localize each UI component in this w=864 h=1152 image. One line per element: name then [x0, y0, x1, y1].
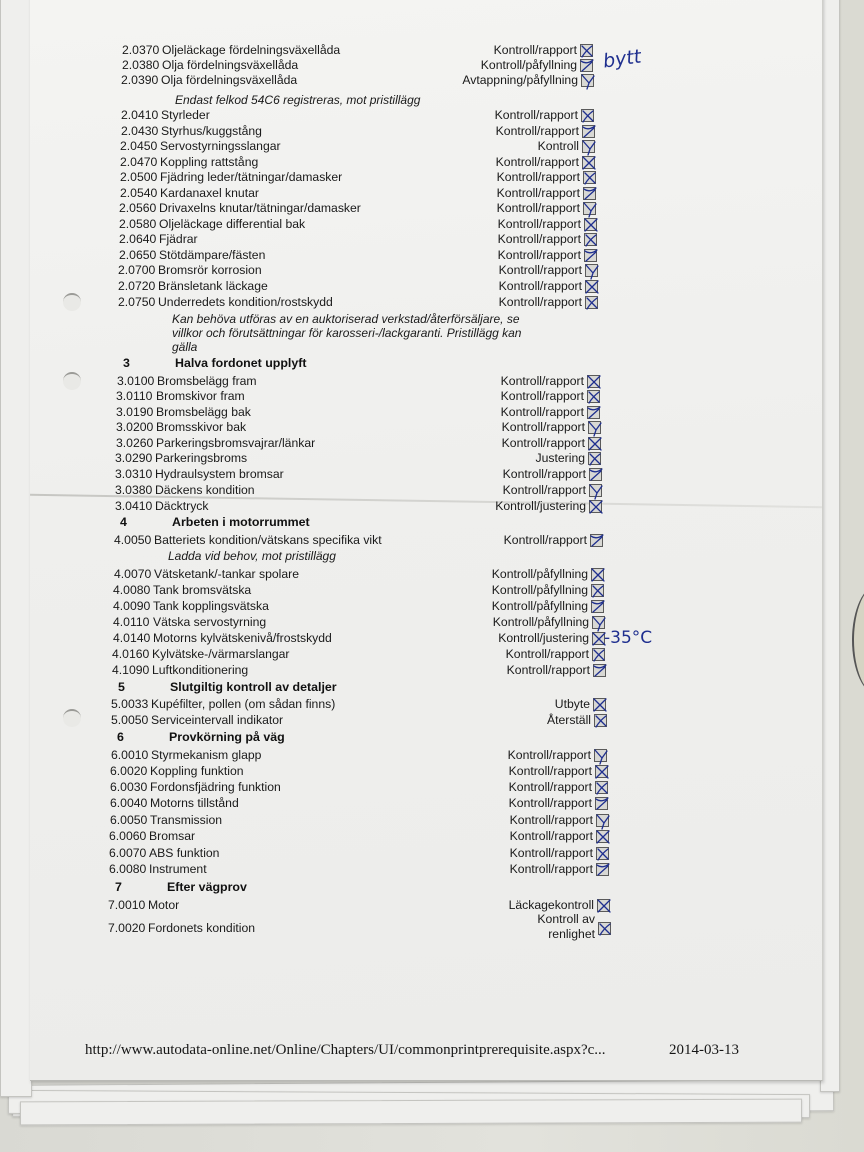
item-code: 4.0160 [112, 647, 149, 661]
item-label: Motorns tillstånd [150, 796, 239, 810]
item-label: Bromsar [149, 829, 195, 843]
item-code: 6.0010 [111, 748, 148, 762]
checklist-row: 3.0100Bromsbelägg framKontroll/rapport [0, 374, 864, 390]
item-action: Kontroll/rapport [496, 155, 579, 169]
checklist-row: 3.0410DäcktryckKontroll/justering [0, 499, 864, 515]
item-code: 2.0540 [120, 186, 157, 200]
checklist-row: 3.0190Bromsbelägg bakKontroll/rapport [0, 405, 864, 421]
checklist-row: 3.0110Bromskivor framKontroll/rapport [0, 389, 864, 405]
item-code: 4.0140 [113, 631, 150, 645]
handwritten-check-mark-icon [591, 647, 608, 664]
checklist-row: 2.0450ServostyrningsslangarKontroll [0, 139, 864, 155]
item-code: 6.0030 [110, 780, 147, 794]
checkbox[interactable] [593, 698, 606, 711]
handwritten-check-mark-icon [584, 263, 601, 280]
checklist-row: 6.0050TransmissionKontroll/rapport [0, 813, 864, 829]
item-code: 7.0010 [108, 898, 145, 912]
item-label: Parkeringsbromsvajrar/länkar [156, 436, 315, 450]
item-action: Läckagekontroll [509, 898, 594, 912]
handwritten-check-mark-icon [593, 748, 610, 765]
checkbox[interactable] [591, 584, 604, 597]
handwritten-check-mark-icon [594, 796, 611, 813]
item-label: Fordonsfjädring funktion [150, 780, 281, 794]
item-action: Kontroll/rapport [509, 780, 592, 794]
checklist-row: 4.0140Motorns kylvätskenivå/frostskyddKo… [0, 631, 864, 647]
item-code: 2.0500 [120, 170, 157, 184]
item-action: Avtappning/påfyllning [462, 73, 578, 87]
item-label: Styrhus/kuggstång [161, 124, 262, 138]
item-label: Oljeläckage differential bak [159, 217, 305, 231]
checklist-note: Kan behöva utföras av en auktoriserad ve… [172, 312, 542, 354]
item-code: 2.0410 [121, 108, 158, 122]
item-code: 5.0033 [111, 697, 148, 711]
item-action-line: Kontroll av [537, 912, 595, 927]
checklist-row: 6.0030Fordonsfjädring funktionKontroll/r… [0, 780, 864, 796]
checklist-row: 5.0033Kupéfilter, pollen (om sådan finns… [0, 697, 864, 713]
item-label: Luftkonditionering [152, 663, 248, 677]
checkbox[interactable] [580, 59, 593, 72]
item-action: Kontroll/påfyllning [481, 58, 577, 72]
item-label: Bromsbelägg bak [156, 405, 251, 419]
checklist-row: 2.0500Fjädring leder/tätningar/damaskerK… [0, 170, 864, 186]
checklist-row: 5.0050Serviceintervall indikatorÅterstäl… [0, 713, 864, 729]
item-label: ABS funktion [149, 846, 219, 860]
checkbox[interactable] [584, 233, 597, 246]
checkbox[interactable] [591, 600, 604, 613]
checkbox[interactable] [587, 406, 600, 419]
checklist-row: 4.0110Vätska servostyrningKontroll/påfyl… [0, 615, 864, 631]
item-code: 6.0070 [109, 846, 146, 860]
checklist-row: 4.0160Kylvätske-/värmarslangarKontroll/r… [0, 647, 864, 663]
item-code: 3.0100 [117, 374, 154, 388]
item-label: Tank bromsvätska [153, 583, 251, 597]
checklist-row: 3.0380Däckens konditionKontroll/rapport [0, 483, 864, 499]
checkbox[interactable] [583, 202, 596, 215]
checklist-row: 3.0260Parkeringsbromsvajrar/länkarKontro… [0, 436, 864, 452]
item-action: Kontroll/rapport [510, 846, 593, 860]
checklist-row: 6.0070ABS funktionKontroll/rapport [0, 846, 864, 862]
section-number: 3 [123, 356, 130, 370]
handwritten-check-mark-icon [595, 829, 612, 846]
checkbox[interactable] [597, 899, 610, 912]
item-label: Bromskivor fram [156, 389, 245, 403]
checkbox[interactable] [585, 296, 598, 309]
checklist-note: Ladda vid behov, mot pristillägg [168, 549, 538, 563]
checklist-row: 2.0380Olja fördelningsväxellådaKontroll/… [0, 58, 864, 74]
checkbox[interactable] [591, 568, 604, 581]
item-action: Återställ [547, 713, 591, 727]
checkbox[interactable] [596, 847, 609, 860]
item-action: Kontroll/rapport [509, 764, 592, 778]
handwritten-check-mark-icon [588, 483, 605, 500]
item-label: Stötdämpare/fästen [159, 248, 265, 262]
checkbox[interactable] [581, 109, 594, 122]
item-action: Kontroll/rapport [498, 232, 581, 246]
item-label: Kardanaxel knutar [160, 186, 259, 200]
item-action: Kontroll/rapport [502, 436, 585, 450]
item-code: 2.0650 [119, 248, 156, 262]
checklist-row: 2.0430Styrhus/kuggstångKontroll/rapport [0, 124, 864, 140]
item-label: Fjädring leder/tätningar/damasker [160, 170, 342, 184]
checklist-row: 3.0310Hydraulsystem bromsarKontroll/rapp… [0, 467, 864, 483]
item-action: Kontroll/rapport [503, 467, 586, 481]
item-action: Kontroll/rapport [496, 124, 579, 138]
checklist-row: 6.0020Koppling funktionKontroll/rapport [0, 764, 864, 780]
section-number: 7 [115, 880, 122, 894]
item-label: Serviceintervall indikator [151, 713, 283, 727]
handwritten-check-mark-icon [594, 764, 611, 781]
checklist-row: 2.0700Bromsrör korrosionKontroll/rapport [0, 263, 864, 279]
item-label: Fjädrar [159, 232, 198, 246]
item-action: Kontroll/rapport [499, 279, 582, 293]
section-title: Halva fordonet upplyft [175, 356, 306, 370]
checkbox[interactable] [582, 125, 595, 138]
item-code: 2.0390 [121, 73, 158, 87]
checkbox[interactable] [595, 797, 608, 810]
checklist-row: 2.0470Koppling rattstångKontroll/rapport [0, 155, 864, 171]
checkbox[interactable] [583, 171, 596, 184]
item-code: 4.0110 [113, 615, 149, 629]
item-code: 2.0580 [119, 217, 156, 231]
item-label: Motor [148, 898, 179, 912]
item-label: Däcktryck [155, 499, 209, 513]
checkbox[interactable] [592, 648, 605, 661]
item-label: Bromsskivor bak [156, 420, 246, 434]
item-label: Oljeläckage fördelningsväxellåda [162, 43, 340, 57]
item-action: Kontroll/rapport [495, 108, 578, 122]
item-action-line: renlighet [537, 927, 595, 942]
item-action: Kontroll [538, 139, 579, 153]
item-code: 6.0050 [110, 813, 147, 827]
item-code: 6.0060 [109, 829, 146, 843]
handwritten-check-mark-icon [584, 279, 601, 296]
checkbox[interactable] [594, 714, 607, 727]
checklist-row: 6.0060BromsarKontroll/rapport [0, 829, 864, 845]
checklist-row: 2.0580Oljeläckage differential bakKontro… [0, 217, 864, 233]
item-code: 2.0560 [119, 201, 156, 215]
item-code: 3.0290 [115, 451, 152, 465]
section-number: 4 [120, 515, 127, 529]
item-code: 5.0050 [111, 713, 148, 727]
item-action: Kontroll/rapport [498, 248, 581, 262]
checkbox[interactable] [593, 664, 606, 677]
item-action: Kontroll/rapport [494, 43, 577, 57]
checklist-row: 7.0010MotorLäckagekontroll [0, 898, 864, 914]
item-action: Kontroll/rapport [502, 420, 585, 434]
handwritten-check-mark-icon [593, 713, 610, 730]
item-label: Olja fördelningsväxellåda [162, 58, 298, 72]
item-label: Vätsketank/-tankar spolare [154, 567, 299, 581]
checkbox[interactable] [583, 187, 596, 200]
item-action: Kontroll/påfyllning [493, 615, 589, 629]
checkbox[interactable] [598, 922, 611, 935]
checkbox[interactable] [596, 830, 609, 843]
checkbox[interactable] [584, 249, 597, 262]
item-label: Hydraulsystem bromsar [155, 467, 284, 481]
checkbox[interactable] [590, 534, 603, 547]
item-action: Kontroll avrenlighet [537, 912, 595, 942]
section-title: Provkörning på väg [169, 730, 285, 744]
handwritten-check-mark-icon [595, 862, 612, 879]
handwritten-check-mark-icon [584, 295, 601, 312]
checkbox[interactable] [585, 280, 598, 293]
item-action: Kontroll/rapport [497, 170, 580, 184]
item-label: Koppling funktion [150, 764, 244, 778]
item-code: 4.0080 [113, 583, 150, 597]
checkbox[interactable] [595, 781, 608, 794]
section-title: Efter vägprov [167, 880, 247, 894]
item-action: Kontroll/rapport [501, 374, 584, 388]
item-action: Kontroll/påfyllning [492, 567, 588, 581]
item-code: 3.0410 [115, 499, 152, 513]
handwritten-check-mark-icon [590, 599, 607, 616]
checklist-note: Endast felkod 54C6 registreras, mot pris… [175, 93, 545, 107]
handwritten-check-mark-icon [596, 898, 613, 915]
item-label: Motorns kylvätskenivå/frostskydd [153, 631, 332, 645]
item-label: Parkeringsbroms [155, 451, 247, 465]
item-label: Bromsrör korrosion [158, 263, 262, 277]
checkbox[interactable] [594, 749, 607, 762]
item-code: 2.0750 [118, 295, 155, 309]
item-label: Vätska servostyrning [153, 615, 266, 629]
item-action: Kontroll/rapport [510, 862, 593, 876]
item-code: 6.0040 [110, 796, 147, 810]
footer-date: 2014-03-13 [669, 1042, 739, 1059]
checklist-row: 4.0080Tank bromsvätskaKontroll/påfyllnin… [0, 583, 864, 599]
item-code: 4.0090 [113, 599, 150, 613]
handwritten-check-mark-icon [595, 813, 612, 830]
checklist-row: 2.0410StyrlederKontroll/rapport [0, 108, 864, 124]
item-label: Servostyrningsslangar [160, 139, 281, 153]
handwritten-check-mark-icon [595, 846, 612, 863]
item-code: 6.0020 [110, 764, 147, 778]
checklist-row: 4.0050Batteriets kondition/vätskans spec… [0, 533, 864, 549]
item-code: 2.0370 [122, 43, 159, 57]
checkbox[interactable] [589, 484, 602, 497]
checkbox[interactable] [589, 468, 602, 481]
item-code: 3.0200 [116, 420, 153, 434]
item-label: Underredets kondition/rostskydd [158, 295, 333, 309]
item-action: Kontroll/rapport [507, 663, 590, 677]
checkbox[interactable] [584, 218, 597, 231]
checklist-row: 6.0080InstrumentKontroll/rapport [0, 862, 864, 878]
item-action: Kontroll/rapport [501, 405, 584, 419]
checkbox[interactable] [587, 375, 600, 388]
checkbox[interactable] [587, 390, 600, 403]
item-label: Batteriets kondition/vätskans specifika … [154, 533, 382, 547]
item-label: Drivaxelns knutar/tätningar/damasker [159, 201, 361, 215]
item-action: Kontroll/rapport [510, 813, 593, 827]
checklist-row: 2.0390Olja fördelningsväxellådaAvtappnin… [0, 73, 864, 89]
item-label: Olja fördelningsväxellåda [161, 73, 297, 87]
item-code: 2.0720 [118, 279, 155, 293]
item-action: Kontroll/justering [495, 499, 586, 513]
section-title: Arbeten i motorrummet [172, 515, 310, 529]
handwritten-check-mark-icon [587, 420, 604, 437]
item-action: Kontroll/rapport [510, 829, 593, 843]
item-label: Kupéfilter, pollen (om sådan finns) [151, 697, 335, 711]
checklist-row: 3.0200Bromsskivor bakKontroll/rapport [0, 420, 864, 436]
checklist-content: 2.0370Oljeläckage fördelningsväxellådaKo… [0, 0, 864, 1152]
handwritten-check-mark-icon [588, 467, 605, 484]
item-code: 2.0640 [119, 232, 156, 246]
item-action: Kontroll/rapport [503, 483, 586, 497]
checklist-row: 2.0640FjädrarKontroll/rapport [0, 232, 864, 248]
item-code: 3.0260 [116, 436, 153, 450]
checklist-row: 2.0650Stötdämpare/fästenKontroll/rapport [0, 248, 864, 264]
handwritten-check-mark-icon [582, 201, 599, 218]
item-code: 4.0070 [114, 567, 151, 581]
item-action: Kontroll/rapport [499, 295, 582, 309]
item-code: 2.0450 [120, 139, 157, 153]
item-label: Instrument [149, 862, 207, 876]
checkbox[interactable] [589, 500, 602, 513]
handwritten-check-mark-icon [589, 533, 606, 550]
item-action: Kontroll/rapport [498, 217, 581, 231]
checkbox[interactable] [582, 156, 595, 169]
footer-url: http://www.autodata-online.net/Online/Ch… [85, 1042, 606, 1059]
item-code: 3.0380 [115, 483, 152, 497]
checkbox[interactable] [585, 264, 598, 277]
handwritten-check-mark-icon [586, 389, 603, 406]
checklist-row: 6.0040Motorns tillståndKontroll/rapport [0, 796, 864, 812]
item-label: Fordonets kondition [148, 921, 255, 935]
section-number: 5 [118, 680, 125, 694]
handwritten-check-mark-icon [581, 139, 598, 156]
checklist-row: 4.0090Tank kopplingsvätskaKontroll/påfyl… [0, 599, 864, 615]
handwritten-check-mark-icon [594, 780, 611, 797]
handwritten-check-mark-icon [583, 232, 600, 249]
checkbox[interactable] [582, 140, 595, 153]
checkbox[interactable] [588, 452, 601, 465]
item-code: 7.0020 [108, 921, 145, 935]
checklist-row: 2.0540Kardanaxel knutarKontroll/rapport [0, 186, 864, 202]
handwritten-check-mark-icon [587, 451, 604, 468]
item-label: Tank kopplingsvätska [153, 599, 269, 613]
checklist-row: 2.0720Bränsletank läckageKontroll/rappor… [0, 279, 864, 295]
item-label: Bränsletank läckage [158, 279, 268, 293]
item-action: Kontroll/rapport [508, 748, 591, 762]
item-action: Kontroll/rapport [501, 389, 584, 403]
item-action: Kontroll/rapport [509, 796, 592, 810]
item-label: Kylvätske-/värmarslangar [152, 647, 290, 661]
checklist-row: 4.0070Vätsketank/-tankar spolareKontroll… [0, 567, 864, 583]
item-code: 2.0380 [122, 58, 159, 72]
checklist-row: 4.1090LuftkonditioneringKontroll/rapport [0, 663, 864, 679]
item-action: Kontroll/rapport [499, 263, 582, 277]
item-label: Däckens kondition [155, 483, 255, 497]
item-label: Bromsbelägg fram [157, 374, 257, 388]
item-code: 4.0050 [114, 533, 151, 547]
checklist-row: 3.0290ParkeringsbromsJustering [0, 451, 864, 467]
checklist-row: 6.0010Styrmekanism glappKontroll/rapport [0, 748, 864, 764]
checkbox[interactable] [595, 765, 608, 778]
handwritten-check-mark-icon [590, 583, 607, 600]
item-action: Kontroll/rapport [506, 647, 589, 661]
handwritten-check-mark-icon [580, 108, 597, 125]
item-label: Styrmekanism glapp [151, 748, 261, 762]
item-label: Koppling rattstång [160, 155, 258, 169]
item-code: 2.0700 [118, 263, 155, 277]
item-action: Kontroll/påfyllning [492, 583, 588, 597]
item-label: Styrleder [161, 108, 210, 122]
checklist-row: 2.0370Oljeläckage fördelningsväxellådaKo… [0, 43, 864, 59]
checklist-row: 7.0020Fordonets konditionKontroll avrenl… [0, 921, 864, 937]
item-code: 6.0080 [109, 862, 146, 876]
item-action: Utbyte [555, 697, 590, 711]
section-title: Slutgiltig kontroll av detaljer [170, 680, 337, 694]
checkbox[interactable] [596, 863, 609, 876]
item-action: Kontroll/påfyllning [492, 599, 588, 613]
item-code: 3.0310 [115, 467, 152, 481]
checkbox[interactable] [596, 814, 609, 827]
section-number: 6 [117, 730, 124, 744]
handwritten-check-mark-icon [590, 567, 607, 584]
handwritten-check-mark-icon [592, 697, 609, 714]
item-action: Kontroll/rapport [497, 186, 580, 200]
checklist-row: 2.0560Drivaxelns knutar/tätningar/damask… [0, 201, 864, 217]
handwritten-check-mark-icon [588, 499, 605, 516]
item-code: 2.0470 [120, 155, 157, 169]
item-code: 3.0190 [116, 405, 153, 419]
checkbox[interactable] [588, 421, 601, 434]
checkbox[interactable] [580, 44, 593, 57]
item-code: 3.0110 [116, 389, 152, 403]
item-action: Kontroll/rapport [504, 533, 587, 547]
item-action: Kontroll/rapport [497, 201, 580, 215]
item-label: Transmission [150, 813, 222, 827]
handwritten-check-mark-icon [582, 170, 599, 187]
item-action: Kontroll/justering [498, 631, 589, 645]
checklist-row: 2.0750Underredets kondition/rostskyddKon… [0, 295, 864, 311]
handwritten-check-mark-icon [592, 663, 609, 680]
handwritten-check-mark-icon [580, 73, 597, 90]
handwritten-check-mark-icon [597, 921, 614, 938]
handwritten-note-frost: -35°C [604, 628, 652, 648]
item-action: Justering [536, 451, 585, 465]
item-code: 2.0430 [121, 124, 158, 138]
checkbox[interactable] [581, 74, 594, 87]
checkbox[interactable] [588, 437, 601, 450]
item-code: 4.1090 [112, 663, 149, 677]
